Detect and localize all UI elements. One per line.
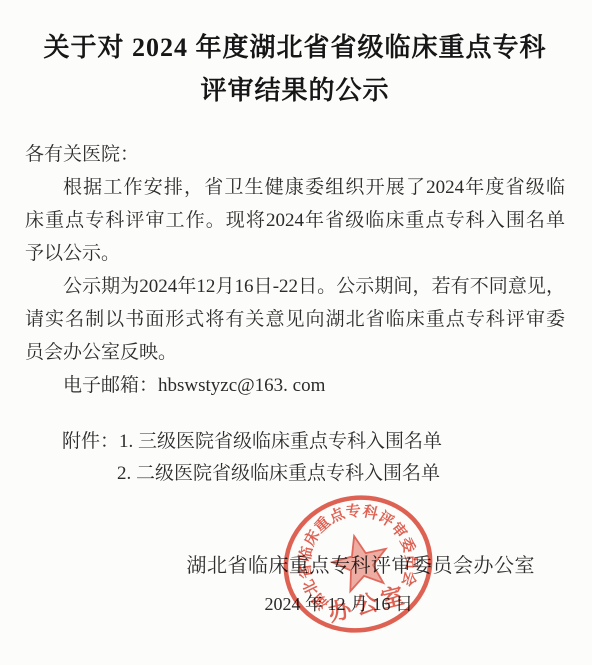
signature-block: 湖北省临床重点专科评审委员会办公室 2024 年 12 月 16 日 — [25, 553, 565, 617]
title-line-1: 关于对 2024 年度湖北省省级临床重点专科 — [25, 26, 565, 69]
document-page: 关于对 2024 年度湖北省省级临床重点专科 评审结果的公示 各有关医院： 根据… — [0, 0, 592, 617]
attachment-line: 附件：1. 三级医院省级临床重点专科入围名单 — [25, 426, 565, 458]
document-title: 关于对 2024 年度湖北省省级临床重点专科 评审结果的公示 — [25, 26, 565, 112]
body-line: 根据工作安排，省卫生健康委组织开展了2024年度省级临 — [25, 171, 565, 204]
signature-line: 湖北省临床重点专科评审委员会办公室 — [25, 553, 535, 580]
attachment-line: 2. 二级医院省级临床重点专科入围名单 — [25, 458, 565, 490]
body-line: 公示期为2024年12月16日-22日。公示期间，若有不同意见， — [25, 270, 565, 303]
attachments-list: 附件：1. 三级医院省级临床重点专科入围名单 2. 二级医院省级临床重点专科入围… — [25, 426, 565, 490]
greeting-line: 各有关医院： — [25, 138, 565, 171]
body-line: 床重点专科评审工作。现将2024年省级临床重点专科入围名单 — [25, 204, 565, 237]
email-line: 电子邮箱：hbswstyzc@163. com — [25, 369, 565, 402]
document-body: 各有关医院： 根据工作安排，省卫生健康委组织开展了2024年度省级临 床重点专科… — [25, 138, 565, 402]
body-line: 予以公示。 — [25, 237, 565, 270]
body-line: 员会办公室反映。 — [25, 336, 565, 369]
title-line-2: 评审结果的公示 — [25, 69, 565, 112]
date-line: 2024 年 12 月 16 日 — [25, 591, 535, 617]
body-line: 请实名制以书面形式将有关意见向湖北省临床重点专科评审委 — [25, 303, 565, 336]
